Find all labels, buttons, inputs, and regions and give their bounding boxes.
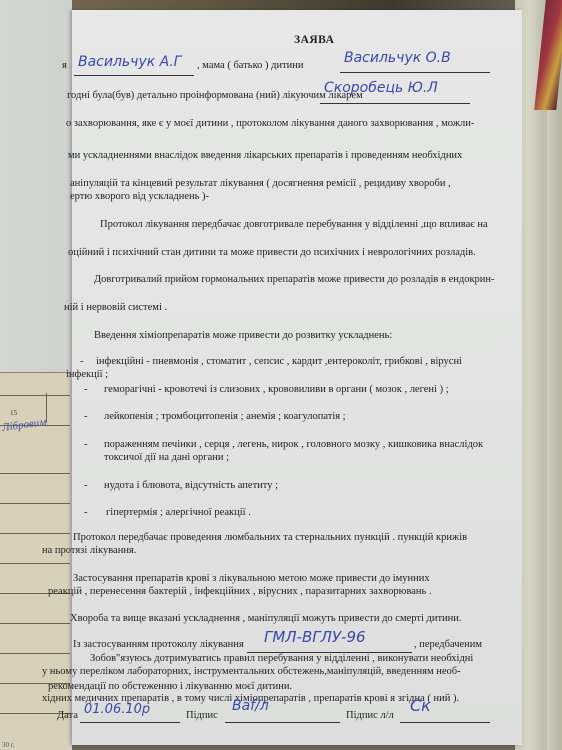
complication-2-dash: - (84, 384, 88, 395)
protocol-line-3: хідних медичних препаратів , в тому числ… (42, 693, 459, 704)
intro-ya: я (62, 60, 67, 71)
complication-5-line-1: нудота і блювота, відсутність апетиту ; (104, 480, 278, 491)
child-name-line (340, 72, 490, 73)
intro-line-5: аніпуляцій та кінцевий результат лікуван… (70, 178, 451, 189)
doctor-name-handwritten: Скоробець Ю.Л (324, 80, 438, 96)
background-folder-right (515, 0, 562, 750)
paragraph-4-line-2: на протязі лікування. (42, 545, 136, 556)
intro-line-2: годні була(був) детально проінформована … (67, 90, 363, 101)
protocol-name-handwritten: ГМЛ-ВГЛУ-96 (264, 628, 366, 646)
ledger-rule (0, 563, 70, 564)
parent-name-handwritten: Васильчук А.Г (78, 54, 181, 70)
ledger-rule (0, 713, 70, 714)
doctor-name-line (320, 103, 470, 104)
paragraph-6-line-1: Хвороба та вище вказані ускладнення , ма… (70, 613, 462, 624)
complication-6-dash: - (84, 507, 88, 518)
paragraph-2-line-2: ній і нервовій системі . (64, 302, 167, 313)
complication-4-line-2: токсичої дії на дані органи ; (104, 452, 229, 463)
ledger-rule (0, 473, 70, 474)
protocol-name-line (247, 652, 412, 653)
complication-1-dash: - (80, 356, 84, 367)
paragraph-2-line-1: Довготривалий прийом гормональних препар… (94, 274, 495, 285)
ledger-rule (0, 683, 70, 684)
paragraph-1-line-2: оційний і психічний стан дитини та може … (68, 247, 476, 258)
folder-edge (547, 0, 562, 750)
complication-2-line-1: геморагічні - кровотечі із слизових , кр… (104, 384, 449, 395)
paragraph-5-line-2: реакцій , перенесення бактерій , інфекці… (48, 586, 432, 597)
parent-name-line (74, 75, 194, 76)
ledger-rule (0, 533, 70, 534)
ledger-handwriting: Лібровим (1, 416, 47, 434)
ledger-rule (0, 503, 70, 504)
protocol-line-2: у ньому переліком лабораторних, інструме… (42, 666, 461, 677)
ledger-rule (0, 623, 70, 624)
ledger-rule (0, 395, 70, 396)
paragraph-1-line-1: Протокол лікування передбачає довготрива… (100, 219, 488, 230)
complication-3-dash: - (84, 411, 88, 422)
protocol-prefix: Із застосуванням протоколу лікування (73, 639, 244, 650)
complication-4-dash: - (84, 439, 88, 450)
paragraph-5-line-1: Застосування препаратів крові з лікуваль… (73, 573, 430, 584)
paragraph-4-line-1: Протокол передбачає проведення люмбальни… (73, 532, 467, 543)
intro-mid: , мама ( батько ) дитини (197, 60, 304, 71)
intro-line-4: ми ускладненнями внаслідок введення ліка… (68, 150, 462, 161)
ledger-footer: 30 г. (2, 741, 15, 749)
ledger-number: 15 (10, 409, 17, 417)
complication-4-line-1: пораженням печінки , серця , легень, нир… (104, 439, 483, 450)
complication-3-line-1: лейкопенія ; тромбоцитопенія ; анемія ; … (104, 411, 346, 422)
complication-5-dash: - (84, 480, 88, 491)
child-name-handwritten: Васильчук О.В (344, 50, 451, 66)
intro-line-6: ертю хворого від ускладнень )- (70, 191, 209, 202)
complication-6-line-1: гіпертермія ; алергічної реакції . (106, 507, 251, 518)
ledger-column-line (46, 393, 47, 423)
protocol-suffix: , передбаченим (414, 639, 482, 650)
ledger-rule (0, 653, 70, 654)
complication-1-line-2: інфекції ; (66, 369, 108, 380)
paragraph-3-line-1: Введення хіміопрепаратів може привести д… (94, 330, 392, 341)
complication-1-line-1: інфекційні - пневмонія , стоматит , сепс… (96, 356, 462, 367)
consent-form-sheet: ЗАЯВА я Васильчук А.Г , мама ( батько ) … (72, 10, 522, 745)
intro-line-3: о захворювання, яке є у моєї дитини , пр… (66, 118, 474, 129)
document-title: ЗАЯВА (294, 34, 334, 46)
